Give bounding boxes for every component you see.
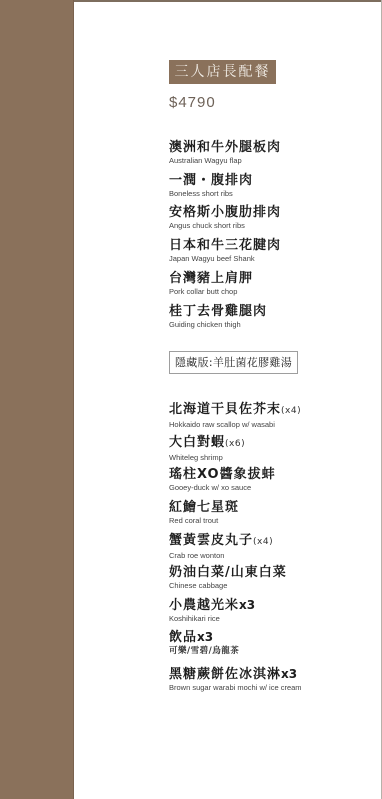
menu-item-title: 澳洲和牛外腿板肉 [169,140,281,155]
menu-item-subtitle: Chinese cabbage [169,581,287,591]
menu-item-subtitle: Whiteleg shrimp [169,453,245,463]
menu-item-subtitle: Japan Wagyu beef Shank [169,254,281,264]
top-border [74,0,382,2]
menu-item-quantity: x3 [239,598,255,612]
menu-item-title: 台灣豬上肩胛 [169,271,253,286]
menu-item: 澳洲和牛外腿板肉 Australian Wagyu flap [169,140,281,166]
menu-item: 桂丁去骨雞腿肉 Guiding chicken thigh [169,304,267,330]
menu-item: 紅鱠七星斑 Red coral trout [169,500,239,526]
menu-item-quantity: x3 [197,630,213,644]
left-decorative-stripe [0,0,74,799]
menu-item-name: 飲品 [169,630,197,645]
menu-item-subtitle: Boneless short ribs [169,189,253,199]
menu-item-quantity: (x6) [225,439,245,449]
menu-item-title: 蟹黃雲皮丸子(x4) [169,533,273,550]
menu-item-title: 一潤・腹排肉 [169,173,253,188]
set-menu-title: 三人店長配餐 [169,60,276,84]
menu-item: 黑糖蕨餅佐冰淇淋x3 Brown sugar warabi mochi w/ i… [169,667,302,693]
menu-item-subtitle: Koshihikari rice [169,614,255,624]
menu-item-subtitle: Guiding chicken thigh [169,320,267,330]
menu-item-quantity: (x4) [253,537,273,547]
menu-item-subtitle: Gooey-duck w/ xo sauce [169,483,276,493]
menu-item-subtitle: Red coral trout [169,516,239,526]
menu-item: 瑤柱XO醬象拔蚌 Gooey-duck w/ xo sauce [169,467,276,493]
menu-item-title: 北海道干貝佐芥末(x4) [169,402,301,419]
menu-item-title: 紅鱠七星斑 [169,500,239,515]
menu-item-subtitle: Brown sugar warabi mochi w/ ice cream [169,683,302,693]
menu-item-subtitle: Pork collar butt chop [169,287,253,297]
set-menu-price: $4790 [169,94,216,111]
menu-item-title: 飲品x3 [169,630,239,645]
menu-item-title: 大白對蝦(x6) [169,435,245,452]
menu-item-quantity: x3 [281,667,297,681]
menu-item-title: 黑糖蕨餅佐冰淇淋x3 [169,667,302,682]
menu-item-name: 小農越光米 [169,598,239,613]
menu-item-subtitle: Australian Wagyu flap [169,156,281,166]
menu-item-subtitle: Angus chuck short ribs [169,221,281,231]
menu-item-title: 安格斯小腹肋排肉 [169,205,281,220]
menu-item-subtitle: Crab roe wonton [169,551,273,561]
menu-item-title: 日本和牛三花腱肉 [169,238,281,253]
menu-item-name: 蟹黃雲皮丸子 [169,533,253,548]
menu-item: 北海道干貝佐芥末(x4) Hokkaido raw scallop w/ was… [169,402,301,430]
menu-item-quantity: (x4) [281,406,301,416]
menu-item-title: 瑤柱XO醬象拔蚌 [169,467,276,482]
menu-item: 一潤・腹排肉 Boneless short ribs [169,173,253,199]
menu-item-subtitle: 可樂/雪碧/烏龍茶 [169,646,239,657]
menu-item-name: 黑糖蕨餅佐冰淇淋 [169,667,281,682]
menu-item-name: 大白對蝦 [169,435,225,450]
menu-item: 安格斯小腹肋排肉 Angus chuck short ribs [169,205,281,231]
menu-item-title: 桂丁去骨雞腿肉 [169,304,267,319]
hidden-menu-item: 隱藏版:羊肚菌花膠雞湯 [169,351,298,374]
menu-item: 小農越光米x3 Koshihikari rice [169,598,255,624]
menu-item: 蟹黃雲皮丸子(x4) Crab roe wonton [169,533,273,561]
menu-item-name: 北海道干貝佐芥末 [169,402,281,417]
menu-item: 飲品x3 可樂/雪碧/烏龍茶 [169,630,239,657]
menu-item-title: 小農越光米x3 [169,598,255,613]
menu-item: 大白對蝦(x6) Whiteleg shrimp [169,435,245,463]
menu-item: 日本和牛三花腱肉 Japan Wagyu beef Shank [169,238,281,264]
menu-item: 奶油白菜/山東白菜 Chinese cabbage [169,565,287,591]
menu-item-subtitle: Hokkaido raw scallop w/ wasabi [169,420,301,430]
menu-item-title: 奶油白菜/山東白菜 [169,565,287,580]
menu-item: 台灣豬上肩胛 Pork collar butt chop [169,271,253,297]
